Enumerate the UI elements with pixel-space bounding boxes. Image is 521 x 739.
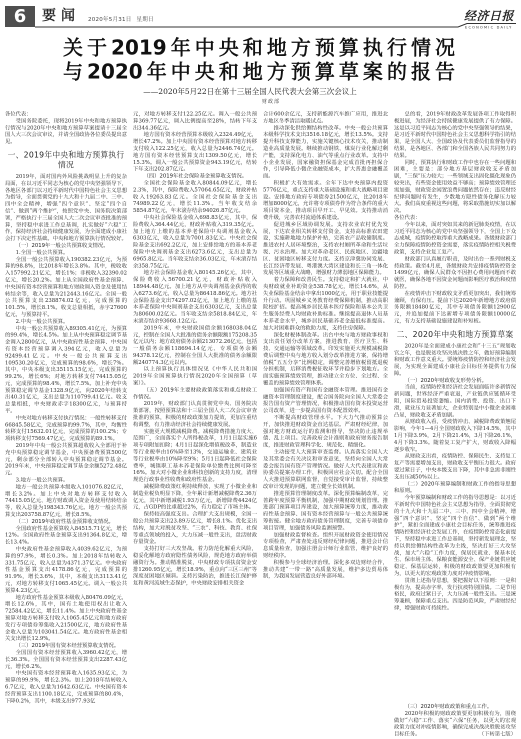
article-title: 关于2019年中央和地方预算执行情况 与2020年中央和地方预算草案的报告 xyxy=(63,36,455,84)
paragraph: 中央一般公共预算收入89305.41亿元，为预算的99.4%，增长4.5%。加上… xyxy=(5,325,127,415)
paragraph: 全国政府性基金预算收入84515.71亿元，增长12%。全国政府性基金预算支出9… xyxy=(5,525,127,546)
paragraph: 中央对地方转移支付执行情况：一般性转移支付66845.58亿元，完成预算的99.… xyxy=(5,415,127,443)
subheading: （三）2020年财政政策和重点工作。 xyxy=(394,704,516,711)
paragraph: 推动深化供给侧结构性改革。中央一般公共预算本级科学技术支出3516.18亿元，增… xyxy=(263,125,388,180)
paragraph: 在疫情冲击下财政收支矛盾更加突出，我们统筹兼顾，有保有压。提前下达2020年新增… xyxy=(394,290,516,324)
article-subtitle: ——2020年5月22日在第十三届全国人民代表大会第三次会议上 xyxy=(90,87,410,96)
paragraph: 今年以来，面对突如其来的新冠肺炎疫情，在以习近平同志为核心的党中央坚强领导下，全… xyxy=(394,221,516,255)
paragraph: 中央国有资本经营预算收入1635.93亿元，为预算的99.9%，增长2.3%。加… xyxy=(5,670,127,704)
paragraph: 2019年中央一般公共预算超收收入全部用于补充中央预算稳定调节基金，中央预备费预… xyxy=(5,443,127,477)
paragraph: 地方政府性基金预算本级收入80476.09亿元，增长12.6%，其中，国有土地使… xyxy=(5,594,127,642)
paragraph: 从财政收入看，受疫情冲击、减税降费政策翘尾影响，今年1—4月全国财政收入下降14… xyxy=(394,419,516,453)
paragraph: 同时，预算执行和财政工作中也存在一些问题和困难，主要是：部分地方基层财政收支矛盾… xyxy=(394,159,516,214)
paragraph: 加强财政监督检查。组织开展财政资金使用情况专项检查，严肃查处违反财经纪律问题，推… xyxy=(263,532,388,560)
paragraph: 中央社会保险基金收入698.83亿元，其中，保险费收入364.44亿元，财政补贴… xyxy=(133,214,257,269)
paragraph: 地方一般公共预算本级收入101076.82亿元，增长3.2%。加上中央对地方转移… xyxy=(5,484,127,518)
paragraph: 积极扩大有效需求。全年下达中央预算内投资5776亿元，重点支持重大基础设施和重大… xyxy=(263,180,388,221)
salutation: 各位代表： xyxy=(5,111,127,118)
item-heading: 2.中央一般公共预算。 xyxy=(5,318,127,325)
paragraph: 从财政支出看，疫情防控、保障民生、支持复工复产等需要增加支出，财政收支平衡压力很… xyxy=(394,453,516,481)
paragraph: 2019年，财政部门认真贯彻党中央、国务院决策部署，按照预算法和十三届全国人大二… xyxy=(133,401,257,429)
subheading: （五）2019年主要财政政策落实和重点财政工作情况。 xyxy=(133,387,257,401)
text-column-1: 各位代表： 受国务院委托，现将2019年中央和地方预算执行情况与2020年中央和… xyxy=(5,111,127,738)
final-paragraph: 2020年积极的财政政策要更加积极有为，围绕做好“六稳”工作、落实“六保”任务，… xyxy=(394,710,516,738)
paragraph: 保持较高强度支出。合理扩大支出规模，全国一般公共预算支出23.89万亿元，增长8… xyxy=(133,511,257,545)
paragraph: 积极参与全球经济治理。深化多双边财经合作，推动共建“一带一路”高质量发展，维护多… xyxy=(263,559,388,580)
salutation: 各位代表： xyxy=(394,214,516,221)
item-heading: 3.地方一般公共预算。 xyxy=(5,477,127,484)
paragraph: 总的看，2019年财政改革发展各项工作取得积极进展，为经济社会持续健康发展提供了… xyxy=(394,111,516,159)
paragraph: 全国社会保险基金收入80844.09亿元，增长2.3%，其中，保险费收入5706… xyxy=(133,180,257,214)
subheading: （三）2019年国有资本经营预算收支情况。 xyxy=(5,643,127,650)
paragraph-continued: 元，对地方转移支付122.25亿元。调入一般公共预算369.77亿元，调入比例提… xyxy=(133,111,257,132)
text-column-4: 总的看，2019年财政改革发展各项工作取得积极进展，为经济社会持续健康发展提供了… xyxy=(394,111,516,738)
paragraph: 着力保障和改善民生。支持稳定和扩大就业，中央财政就业补助资金538.78亿元，增… xyxy=(263,277,388,332)
text-column-2: 元，对地方转移支付122.25亿元。调入一般公共预算369.77亿元，调入比例提… xyxy=(133,111,257,738)
title-line-1: 关于2019年中央和地方预算执行情况 xyxy=(63,36,455,60)
paragraph: 贯彻上述指导思想，要把握好以下原则：一是积极有为，提高赤字率，发行抗疫特别国债。… xyxy=(394,577,516,611)
subheading: （四）2019年社会保险基金预算收支情况。 xyxy=(133,173,257,180)
paragraph: 实施更大规模减税降费。减税降费措施力度大、范围广，全面落实个人所得税改革，1月1… xyxy=(133,428,257,483)
paragraph: 地方社会保险基金收入80145.26亿元，其中，保险费收入56700.21亿元，… xyxy=(133,270,257,325)
title-line-2: 与2020年中央和地方预算草案的报告 xyxy=(63,60,455,84)
paragraph: 支持打好三大攻坚战。着力防范化解重大风险，稳妥化解地方政府隐性债务风险，规范地方… xyxy=(133,546,257,587)
paragraph: 2019年末，中央财政国债余额168038.04亿元，控制在全国人大批准的债务余… xyxy=(133,325,257,366)
masthead-logo: 经济日报 xyxy=(464,9,514,23)
paragraph: 今年预算编制和财政工作的指导思想是：以习近平新时代中国特色社会主义思想为指导，全… xyxy=(394,495,516,578)
section-heading: 二、2020年中央和地方预算草案 xyxy=(394,329,516,339)
masthead-english: ECONOMIC DAILY xyxy=(465,26,513,30)
paragraph: 推进预算管理制度改革。深化预算编制改革，完善跨年度预算平衡机制，加强中期财政规划… xyxy=(263,490,388,531)
paragraph: 不断提高财政管理水平。下大力气推动预算公开，加快推进财政资金直达基层。严肃财经纪… xyxy=(263,415,388,449)
column-4-end: （三）2020年财政政策和重点工作。 2020年积极的财政政策要更加积极有为，围… xyxy=(394,704,516,738)
paragraph: 中央政府性基金预算收入4039.62亿元，为预算的97.9%，增长0.3%。加上… xyxy=(5,546,127,594)
item-heading: 1.全国一般公共预算。 xyxy=(5,249,127,256)
subheading: （一）2019年一般公共预算收支情况。 xyxy=(5,242,127,249)
subheading: （二）2020年预算编制和财政工作的指导思想和原则。 xyxy=(394,481,516,495)
paragraph: 深化财税体制改革。出台中央与地方财政事权和支出责任划分改革方案，推进教育、医疗卫… xyxy=(263,332,388,387)
paragraph: 全国一般公共预算收入190382.23亿元，为预算的98.8%，比2018年增长… xyxy=(5,256,127,318)
paragraph: 全国国有资本经营预算收入3960.42亿元，增长36.3%。全国国有资本经营预算… xyxy=(5,649,127,670)
paragraph: 促进城乡区域协调发展。支持农业农村优先发展，下达农业相关转移支付资金，支持高标准… xyxy=(263,221,388,276)
paragraph: 受国务院委托，现将2019年中央和地方预算执行情况与2020年中央和地方预算草案… xyxy=(5,118,127,146)
paragraph: 主动接受人大预算审查监督。认真落实全国人大及其常委会有关决议和审查意见，坚持向全… xyxy=(263,449,388,490)
paragraph: 减税降费政策红利持续释放，实现了小微企业和制造业税负明显下降，全年累计新增减税降… xyxy=(133,484,257,512)
paragraph-continued: 合计600余亿元，支持新能源汽车推广应用，推进北方地区冬季清洁取暖试点。 xyxy=(263,111,388,125)
article-author: 财政部 xyxy=(262,99,280,105)
paragraph: 加强国有资产和国有金融资本管理。推进国有金融资本管理制度建设，配合国务院向全国人… xyxy=(263,387,388,415)
paragraph: 当前，疫情防控和经济社会发展面临许多新情况新问题，世界经济严重衰退，产业链供应链… xyxy=(394,384,516,418)
continued-note: （下转第七版） xyxy=(479,731,516,738)
section-heading: 一、2019年中央和地方预算执行情况 xyxy=(5,150,127,170)
header-rule xyxy=(0,0,521,30)
paragraph: 财政部门认真履行职责，及时出台一系列财税支持政策。截至4月底，各级财政共安排疫情… xyxy=(394,256,516,290)
paragraph: 2020年是全面建成小康社会和“十三五”规划收官之年，也是脱贫攻坚决战决胜之年，… xyxy=(394,343,516,377)
text-column-3: 合计600余亿元，支持新能源汽车推广应用，推进北方地区冬季清洁取暖试点。 推动深… xyxy=(263,111,388,738)
newspaper-page: 6 要闻 2020年5月31日星期日 经济日报 ECONOMIC DAILY 关… xyxy=(0,0,521,739)
subheading: （二）2019年政府性基金预算收支情况。 xyxy=(5,518,127,525)
paragraph: 地方国有资本经营预算本级收入2324.49亿元，增长47.2%。加上中央国有资本… xyxy=(133,132,257,173)
paragraph: 以上预算执行具体情况见《中华人民共和国2019年全国预算执行情况2020年全国预… xyxy=(133,366,257,387)
paragraph: 2019年，面对国内外风险挑战明显上升的复杂局面，在以习近平同志为核心的党中央坚… xyxy=(5,173,127,242)
column-4-flow: 总的看，2019年财政改革发展各项工作取得积极进展，为经济社会持续健康发展提供了… xyxy=(394,111,516,704)
